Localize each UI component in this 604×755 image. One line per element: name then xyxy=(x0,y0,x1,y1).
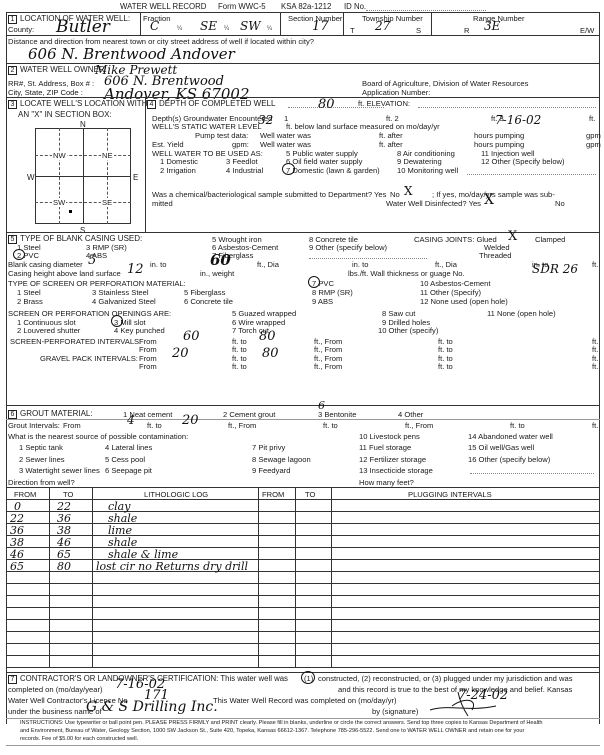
township-label: Township Number xyxy=(362,14,423,23)
owner-label: 2WATER WELL OWNER: xyxy=(8,65,107,75)
casing-diameter-value[interactable]: 5 xyxy=(88,253,96,268)
screen-from-value[interactable]: 60 xyxy=(183,329,200,344)
township-number[interactable]: 27 xyxy=(375,19,390,33)
completed-on-label: completed on (mo/day/year) xyxy=(8,685,103,694)
table-border xyxy=(6,487,600,488)
east-label: E xyxy=(133,173,138,182)
screen-option[interactable]: 11 Other (Specify) xyxy=(420,288,481,297)
weight-label: in., weight xyxy=(200,269,234,278)
use-option[interactable]: 6 Oil field water supply xyxy=(286,157,362,166)
contam-option[interactable]: 15 Oil well/Gas well xyxy=(468,443,534,452)
screen-material-label: TYPE OF SCREEN OR PERFORATION MATERIAL: xyxy=(8,279,186,288)
table-border xyxy=(6,583,600,584)
casing-option[interactable]: 9 Other (specify below) xyxy=(309,243,387,252)
grout-intervals-label: Grout Intervals: xyxy=(8,421,60,430)
range-prefix: R xyxy=(464,26,469,35)
divider xyxy=(6,718,600,719)
contam-option[interactable]: 7 Pit privy xyxy=(252,443,285,452)
frame-left xyxy=(6,12,7,724)
opening-option[interactable]: 10 Other (specify) xyxy=(378,326,438,335)
use-option[interactable]: 12 Other (Specify below) xyxy=(481,157,565,166)
opening-option[interactable]: 5 Guazed wrapped xyxy=(232,309,296,318)
static-level-label: WELL'S STATIC WATER LEVEL xyxy=(152,122,262,131)
board-label: Board of Agriculture, Division of Water … xyxy=(362,79,528,88)
from-label: From xyxy=(63,421,81,430)
business-name-value[interactable]: G & S Drilling Inc. xyxy=(86,699,218,715)
screen-option[interactable]: 12 None used (open hole) xyxy=(420,297,508,306)
table-border xyxy=(6,595,600,596)
range-suffix: E/W xyxy=(580,26,594,35)
contam-option[interactable]: 11 Fuel storage xyxy=(359,443,411,452)
fraction-1[interactable]: C xyxy=(150,19,159,33)
dots xyxy=(467,174,596,175)
sw-label: SW xyxy=(52,198,66,207)
township-prefix: T xyxy=(350,26,355,35)
opening-option[interactable]: 8 Saw cut xyxy=(382,309,415,318)
divider xyxy=(343,12,344,35)
table-border xyxy=(6,499,600,500)
from-label: From xyxy=(139,345,157,354)
contam-option[interactable]: 5 Cess pool xyxy=(105,455,145,464)
well-water-was-label: Well water was xyxy=(260,140,311,149)
contam-option[interactable]: 10 Livestock pens xyxy=(359,432,420,441)
contam-option[interactable]: 13 Insecticide storage xyxy=(359,466,433,475)
openings-label: SCREEN OR PERFORATION OPENINGS ARE: xyxy=(8,309,171,318)
ksa-reference: KSA 82a-1212 xyxy=(281,2,331,11)
fraction-3[interactable]: SW xyxy=(240,19,261,33)
county-value[interactable]: Butler xyxy=(56,17,110,37)
ft-from-label: ft., From xyxy=(314,362,342,371)
use-option[interactable]: 1 Domestic xyxy=(160,157,198,166)
use-option[interactable]: 9 Dewatering xyxy=(397,157,442,166)
wall-thickness-label: lbs./ft. Wall thickness or guage No. xyxy=(348,269,465,278)
in-to-label: in. to xyxy=(150,260,166,269)
selected-circle xyxy=(301,671,315,684)
contamination-label: What is the nearest source of possible c… xyxy=(8,432,188,441)
table-border xyxy=(92,487,93,667)
col-header-from: FROM xyxy=(14,490,36,499)
sample-question: Was a chemical/bacteriological sample su… xyxy=(152,190,386,199)
table-border xyxy=(6,535,600,536)
gpm-label: gpm: xyxy=(232,140,249,149)
ft-dia-label: ft., Dia xyxy=(435,260,457,269)
use-option[interactable]: 4 Industrial xyxy=(226,166,263,175)
use-option-selected[interactable]: 7 Domestic (lawn & garden) xyxy=(286,166,380,175)
col-header-plugging-intervals: PLUGGING INTERVALS xyxy=(408,490,492,499)
col-header-to: TO xyxy=(63,490,73,499)
table-border xyxy=(6,523,600,524)
frame-bottom xyxy=(6,745,600,746)
table-border xyxy=(6,667,600,668)
casing-height-value[interactable]: 12 xyxy=(127,262,144,277)
application-number-label: Application Number: xyxy=(362,88,430,97)
table-border xyxy=(6,655,600,656)
ft-to-label: ft. to xyxy=(510,421,525,430)
dots xyxy=(309,258,427,259)
instructions-line: records. Fee of $5.00 for each construct… xyxy=(20,736,138,744)
table-border xyxy=(331,487,332,667)
clamped-option[interactable]: Clamped xyxy=(535,235,565,244)
ft-to-label: ft. to xyxy=(232,362,247,371)
contam-option[interactable]: 1 Septic tank xyxy=(19,443,63,452)
gpm-label: gpm xyxy=(586,140,601,149)
ft-from-label: ft., From xyxy=(314,345,342,354)
direction-label: Direction from well? xyxy=(8,478,75,487)
screen-option[interactable]: 5 Fiberglass xyxy=(184,288,225,297)
divider xyxy=(145,97,146,232)
screen-option[interactable]: 10 Asbestos-Cement xyxy=(420,279,491,288)
signature-label: by (signature) xyxy=(372,707,418,716)
ft-label: ft. xyxy=(592,260,598,269)
static-date-value[interactable]: 7-16-02 xyxy=(495,113,541,127)
form-number: Form WWC-5 xyxy=(218,2,266,11)
well-location-mark xyxy=(69,210,72,213)
opening-option[interactable]: 4 Key punched xyxy=(114,326,165,335)
ft-label: ft. xyxy=(592,362,598,371)
instructions-line: INSTRUCTIONS: Use typewriter or ball poi… xyxy=(20,720,543,728)
ft-to-label: ft. to xyxy=(323,421,338,430)
grid-dash xyxy=(35,202,131,203)
divider xyxy=(6,97,600,98)
contam-option[interactable]: 4 Lateral lines xyxy=(105,443,152,452)
divider xyxy=(6,419,600,420)
frame-right xyxy=(599,12,600,724)
use-option[interactable]: 2 Irrigation xyxy=(160,166,196,175)
locate-label-1: 3LOCATE WELL'S LOCATION WITH xyxy=(8,99,147,109)
ft-label: ft. xyxy=(592,421,598,430)
ft-to-label: ft. to xyxy=(438,362,453,371)
use-option[interactable]: 3 Feedlot xyxy=(226,157,258,166)
log-description[interactable]: lost cir no Returns dry drill xyxy=(96,560,248,573)
bentonite-mark: 6 xyxy=(318,399,325,412)
record-completed-label: This Water Well Record was completed on … xyxy=(213,696,397,705)
grid-dash xyxy=(59,128,60,224)
est-yield-label: Est. Yield xyxy=(152,140,184,149)
hours-pumping-label: hours pumping xyxy=(474,140,524,149)
screen-option[interactable]: 1 Steel xyxy=(17,288,41,297)
west-label: W xyxy=(27,173,35,182)
table-border xyxy=(295,487,296,667)
screen-intervals-label: SCREEN-PERFORATED INTERVALS: xyxy=(10,337,141,346)
contam-option[interactable]: 3 Watertight sewer lines xyxy=(19,466,100,475)
quarter-symbol: ¼ xyxy=(224,26,229,32)
hours-pumping-label: hours pumping xyxy=(474,131,524,140)
gravel-to-value[interactable]: 80 xyxy=(262,346,279,361)
screen-option[interactable]: 2 Brass xyxy=(17,297,43,306)
gravel-intervals-label: GRAVEL PACK INTERVALS: xyxy=(40,354,138,363)
ft-to-label: ft. to xyxy=(438,345,453,354)
col-header-to: TO xyxy=(305,490,315,499)
how-many-feet-label: How many feet? xyxy=(359,478,414,487)
signature-icon[interactable] xyxy=(428,688,498,718)
elevation-field[interactable] xyxy=(418,107,596,108)
screen-to-value[interactable]: 80 xyxy=(259,329,276,344)
ne-label: NE xyxy=(101,151,114,160)
selected-circle xyxy=(282,163,295,175)
screen-option[interactable]: 3 Stainless Steel xyxy=(92,288,149,297)
glued-mark: X xyxy=(508,229,517,244)
screen-option[interactable]: 9 ABS xyxy=(312,297,333,306)
disinfected-no[interactable]: No xyxy=(555,199,565,208)
well-water-was-label: Well water was xyxy=(260,131,311,140)
instructions-line: and Environment, Bureau of Water, Geolog… xyxy=(20,728,524,736)
log-from[interactable]: 65 xyxy=(10,560,24,573)
gauge-value[interactable]: SDR 26 xyxy=(532,262,578,276)
quarter-symbol: ¼ xyxy=(177,26,182,32)
quarter-symbol: ¼ xyxy=(267,26,272,32)
selected-circle xyxy=(13,249,25,260)
elevation-label: ft. ELEVATION: xyxy=(358,99,410,108)
grid-dash xyxy=(107,128,108,224)
threaded-option[interactable]: Threaded xyxy=(479,251,512,260)
certification-line-1b: constructed, (2) reconstructed, or (3) p… xyxy=(318,674,573,683)
casing-diameter-label: Blank casing diameter xyxy=(8,260,83,269)
screen-option[interactable]: 8 RMP (SR) xyxy=(312,288,353,297)
gravel-from-value[interactable]: 20 xyxy=(172,346,189,361)
static-level-value[interactable]: 32 xyxy=(258,113,273,127)
ft-after-label: ft. after xyxy=(379,140,403,149)
in-to-label: in. to xyxy=(352,260,368,269)
ft-after-label: ft. after xyxy=(379,131,403,140)
ft-to-label: ft. to xyxy=(147,421,162,430)
contam-option[interactable]: 9 Feedyard xyxy=(252,466,290,475)
table-border xyxy=(6,547,600,548)
fraction-2[interactable]: SE xyxy=(200,19,217,33)
selected-circle xyxy=(308,276,320,288)
range-number[interactable]: 3E xyxy=(484,19,500,33)
from-label: From xyxy=(139,362,157,371)
sample-no-label[interactable]: No xyxy=(390,190,400,199)
grout-to-value[interactable]: 20 xyxy=(182,413,199,428)
divider xyxy=(431,12,432,35)
table-border xyxy=(6,607,600,608)
pump-test-label: Pump test data: xyxy=(195,131,248,140)
dots xyxy=(470,473,594,474)
use-option[interactable]: 10 Monitoring well xyxy=(397,166,458,175)
table-border xyxy=(258,487,259,667)
col-header-from: FROM xyxy=(262,490,284,499)
ft-to-label: ft. to xyxy=(232,345,247,354)
grout-option[interactable]: 2 Cement grout xyxy=(223,410,275,419)
grout-from-value[interactable]: 4 xyxy=(127,413,135,427)
se-label: SE xyxy=(101,198,113,207)
ft-from-label: ft., From xyxy=(405,421,433,430)
city-label: City, State, ZIP Code : xyxy=(8,88,83,97)
contam-option[interactable]: 12 Fertilizer storage xyxy=(359,455,426,464)
nw-label: NW xyxy=(52,151,67,160)
divider xyxy=(6,35,600,36)
table-border xyxy=(6,643,600,644)
static-measured-label: ft. below land surface measured on mo/da… xyxy=(286,122,440,131)
opening-option[interactable]: 2 Louvered shutter xyxy=(17,326,80,335)
distance-value[interactable]: 606 N. Brentwood Andover xyxy=(28,45,235,63)
contam-option[interactable]: 14 Abandoned water well xyxy=(468,432,553,441)
id-label: ID No. xyxy=(344,2,366,11)
depth-value[interactable]: 80 xyxy=(318,97,335,112)
casing-depth-value[interactable]: 60 xyxy=(210,251,231,269)
opening-option[interactable]: 11 None (open hole) xyxy=(487,309,556,318)
divider xyxy=(280,12,281,35)
table-border xyxy=(6,511,600,512)
section-number[interactable]: 17 xyxy=(312,19,329,34)
screen-option[interactable]: 6 Concrete tile xyxy=(184,297,233,306)
table-border xyxy=(49,487,50,667)
sample-tail-label: mitted xyxy=(152,199,173,208)
locate-label-2: AN "X" IN SECTION BOX: xyxy=(18,110,112,119)
gpm-label: gpm xyxy=(586,131,601,140)
frame-top xyxy=(6,12,600,13)
form-title: WATER WELL RECORD xyxy=(120,2,206,11)
contam-option[interactable]: 8 Sewage lagoon xyxy=(252,455,311,464)
col-header-lithologic-log: LITHOLOGIC LOG xyxy=(144,490,208,499)
log-to[interactable]: 80 xyxy=(57,560,71,573)
address-label: RR#, St. Address, Box # : xyxy=(8,79,94,88)
grid-line xyxy=(35,176,131,177)
divider xyxy=(140,12,141,35)
id-field[interactable] xyxy=(366,10,486,11)
casing-height-label: Casing height above land surface xyxy=(8,269,121,278)
contam-option[interactable]: 2 Sewer lines xyxy=(19,455,65,464)
contam-option[interactable]: 16 Other (specify below) xyxy=(468,455,550,464)
disinfected-label[interactable]: Water Well Disinfected? Yes xyxy=(386,199,481,208)
ft-label: ft. xyxy=(592,345,598,354)
table-border xyxy=(6,619,600,620)
grout-label: 6GROUT MATERIAL: xyxy=(8,409,93,419)
screen-option[interactable]: 4 Galvanized Steel xyxy=(92,297,156,306)
disinfected-yes-mark: X xyxy=(484,192,494,208)
ft-from-label: ft., From xyxy=(228,421,256,430)
grid-dash xyxy=(35,155,131,156)
depth-label: 4DEPTH OF COMPLETED WELL xyxy=(147,99,275,109)
divider xyxy=(6,405,600,406)
ft-dia-label: ft., Dia xyxy=(257,260,279,269)
township-suffix: S xyxy=(416,26,421,35)
table-border xyxy=(6,631,600,632)
contam-option[interactable]: 6 Seepage pit xyxy=(105,466,152,475)
grout-option[interactable]: 4 Other xyxy=(398,410,423,419)
sample-no-mark: X xyxy=(404,184,413,198)
gw-ft-label: ft. xyxy=(589,114,595,123)
county-label: County: xyxy=(8,25,34,34)
